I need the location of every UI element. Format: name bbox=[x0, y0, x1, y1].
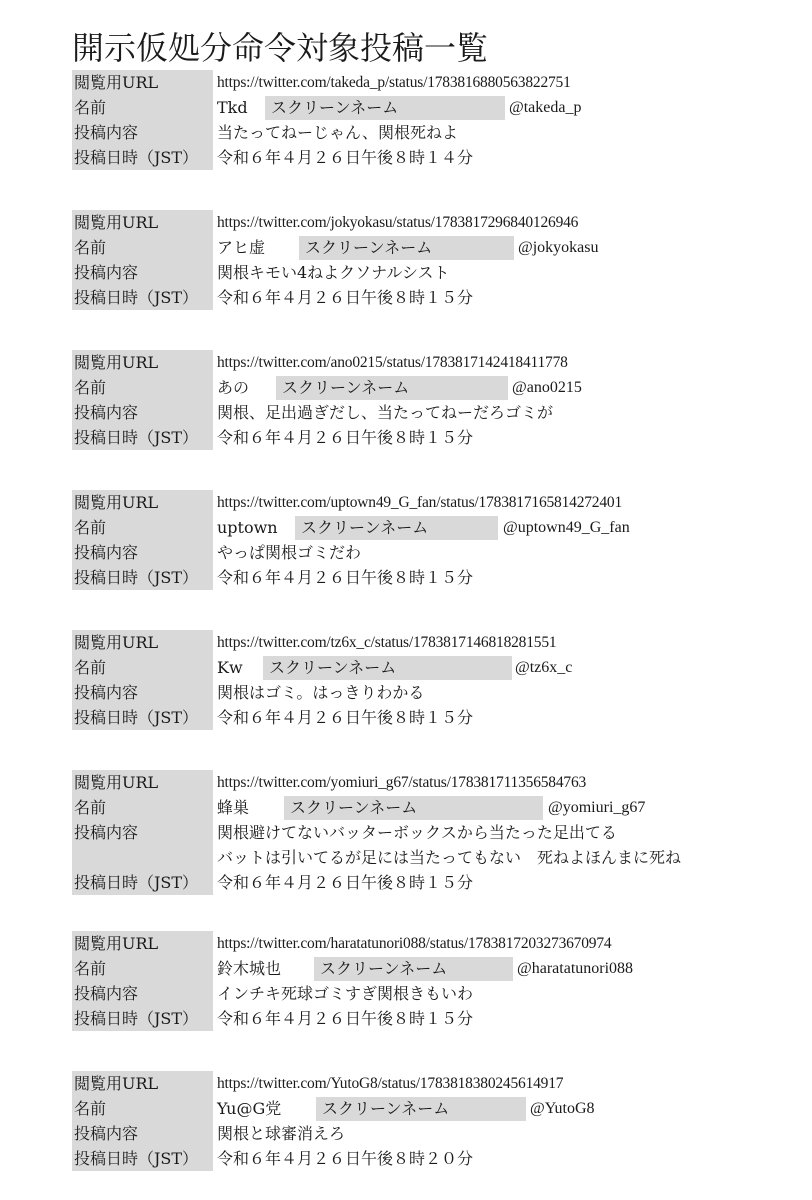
post-url[interactable]: https://twitter.com/takeda_p/status/1783… bbox=[213, 70, 772, 95]
content-row: 投稿内容 インチキ死球ゴミすぎ関根きもいわ bbox=[72, 981, 772, 1006]
display-name: 鈴木城也 bbox=[217, 956, 281, 981]
datetime-row: 投稿日時（JST） 令和６年４月２６日午後８時１５分 bbox=[72, 425, 772, 450]
post-entry: 閲覧用URL https://twitter.com/yomiuri_g67/s… bbox=[72, 770, 772, 895]
post-content-line: 関根、足出過ぎだし、当たってねーだろゴミが bbox=[217, 400, 772, 425]
url-label: 閲覧用URL bbox=[72, 210, 213, 235]
name-label: 名前 bbox=[72, 375, 213, 400]
post-entry: 閲覧用URL https://twitter.com/YutoG8/status… bbox=[72, 1071, 772, 1171]
content-label: 投稿内容 bbox=[72, 820, 213, 870]
page-title: 開示仮処分命令対象投稿一覧 bbox=[72, 28, 488, 68]
name-value: Yu@G党 スクリーンネーム @YutoG8 bbox=[213, 1096, 772, 1121]
post-entry: 閲覧用URL https://twitter.com/takeda_p/stat… bbox=[72, 70, 772, 170]
url-label: 閲覧用URL bbox=[72, 70, 213, 95]
post-datetime: 令和６年４月２６日午後８時２０分 bbox=[213, 1146, 772, 1171]
post-url[interactable]: https://twitter.com/haratatunori088/stat… bbox=[213, 931, 772, 956]
datetime-label: 投稿日時（JST） bbox=[72, 565, 213, 590]
url-label: 閲覧用URL bbox=[72, 350, 213, 375]
post-content-line: 関根と球審消えろ bbox=[217, 1121, 772, 1146]
content-label: 投稿内容 bbox=[72, 540, 213, 565]
user-handle: @YutoG8 bbox=[530, 1096, 595, 1121]
post-datetime: 令和６年４月２６日午後８時１５分 bbox=[213, 870, 772, 895]
name-value: Kw スクリーンネーム @tz6x_c bbox=[213, 655, 772, 680]
display-name: アヒ虚 bbox=[217, 235, 265, 260]
name-label: 名前 bbox=[72, 655, 213, 680]
content-row: 投稿内容 関根はゴミ。はっきりわかる bbox=[72, 680, 772, 705]
name-value: uptown スクリーンネーム @uptown49_G_fan bbox=[213, 515, 772, 540]
name-row: 名前 uptown スクリーンネーム @uptown49_G_fan bbox=[72, 515, 772, 540]
display-name: Kw bbox=[217, 655, 243, 680]
user-handle: @haratatunori088 bbox=[517, 956, 633, 981]
post-url[interactable]: https://twitter.com/tz6x_c/status/178381… bbox=[213, 630, 772, 655]
content-label: 投稿内容 bbox=[72, 120, 213, 145]
url-label: 閲覧用URL bbox=[72, 630, 213, 655]
post-datetime: 令和６年４月２６日午後８時１５分 bbox=[213, 285, 772, 310]
name-value: Tkd スクリーンネーム @takeda_p bbox=[213, 95, 772, 120]
post-content-line: 当たってねーじゃん、関根死ねよ bbox=[217, 120, 772, 145]
post-datetime: 令和６年４月２６日午後８時１４分 bbox=[213, 145, 772, 170]
post-url[interactable]: https://twitter.com/YutoG8/status/178381… bbox=[213, 1071, 772, 1096]
datetime-label: 投稿日時（JST） bbox=[72, 285, 213, 310]
name-label: 名前 bbox=[72, 515, 213, 540]
post-url[interactable]: https://twitter.com/ano0215/status/17838… bbox=[213, 350, 772, 375]
post-content-line: 関根はゴミ。はっきりわかる bbox=[217, 680, 772, 705]
name-row: 名前 アヒ虚 スクリーンネーム @jokyokasu bbox=[72, 235, 772, 260]
url-row: 閲覧用URL https://twitter.com/uptown49_G_fa… bbox=[72, 490, 772, 515]
post-content: 当たってねーじゃん、関根死ねよ bbox=[213, 120, 772, 145]
name-row: 名前 Yu@G党 スクリーンネーム @YutoG8 bbox=[72, 1096, 772, 1121]
redacted-screen-name: スクリーンネーム bbox=[284, 796, 543, 820]
url-row: 閲覧用URL https://twitter.com/yomiuri_g67/s… bbox=[72, 770, 772, 795]
redacted-screen-name: スクリーンネーム bbox=[295, 516, 498, 540]
datetime-row: 投稿日時（JST） 令和６年４月２６日午後８時１５分 bbox=[72, 705, 772, 730]
post-entry: 閲覧用URL https://twitter.com/uptown49_G_fa… bbox=[72, 490, 772, 590]
name-label: 名前 bbox=[72, 795, 213, 820]
redacted-screen-name: スクリーンネーム bbox=[276, 376, 508, 400]
post-content: 関根と球審消えろ bbox=[213, 1121, 772, 1146]
post-content-line: やっぱ関根ゴミだわ bbox=[217, 540, 772, 565]
display-name: Yu@G党 bbox=[217, 1096, 281, 1121]
content-label: 投稿内容 bbox=[72, 680, 213, 705]
name-label: 名前 bbox=[72, 95, 213, 120]
post-datetime: 令和６年４月２６日午後８時１５分 bbox=[213, 425, 772, 450]
datetime-label: 投稿日時（JST） bbox=[72, 870, 213, 895]
url-label: 閲覧用URL bbox=[72, 931, 213, 956]
content-row: 投稿内容 関根、足出過ぎだし、当たってねーだろゴミが bbox=[72, 400, 772, 425]
post-url[interactable]: https://twitter.com/uptown49_G_fan/statu… bbox=[213, 490, 772, 515]
redacted-screen-name: スクリーンネーム bbox=[299, 236, 514, 260]
post-content-line: バットは引いてるが足には当たってもない 死ねよほんまに死ね bbox=[217, 845, 772, 870]
display-name: あの bbox=[217, 375, 249, 400]
name-label: 名前 bbox=[72, 1096, 213, 1121]
name-row: 名前 鈴木城也 スクリーンネーム @haratatunori088 bbox=[72, 956, 772, 981]
redacted-screen-name: スクリーンネーム bbox=[265, 96, 505, 120]
name-row: 名前 Tkd スクリーンネーム @takeda_p bbox=[72, 95, 772, 120]
content-label: 投稿内容 bbox=[72, 260, 213, 285]
content-row: 投稿内容 関根避けてないバッターボックスから当たった足出てる バットは引いてるが… bbox=[72, 820, 772, 870]
user-handle: @yomiuri_g67 bbox=[548, 795, 645, 820]
datetime-label: 投稿日時（JST） bbox=[72, 705, 213, 730]
url-label: 閲覧用URL bbox=[72, 1071, 213, 1096]
datetime-row: 投稿日時（JST） 令和６年４月２６日午後８時１５分 bbox=[72, 285, 772, 310]
post-content: 関根キモい4ねよクソナルシスト bbox=[213, 260, 772, 285]
content-row: 投稿内容 関根と球審消えろ bbox=[72, 1121, 772, 1146]
user-handle: @uptown49_G_fan bbox=[503, 515, 630, 540]
datetime-row: 投稿日時（JST） 令和６年４月２６日午後８時１５分 bbox=[72, 565, 772, 590]
datetime-label: 投稿日時（JST） bbox=[72, 425, 213, 450]
post-entry: 閲覧用URL https://twitter.com/haratatunori0… bbox=[72, 931, 772, 1031]
url-row: 閲覧用URL https://twitter.com/jokyokasu/sta… bbox=[72, 210, 772, 235]
content-label: 投稿内容 bbox=[72, 1121, 213, 1146]
display-name: Tkd bbox=[217, 95, 248, 120]
post-url[interactable]: https://twitter.com/yomiuri_g67/status/1… bbox=[213, 770, 772, 795]
datetime-label: 投稿日時（JST） bbox=[72, 1006, 213, 1031]
content-row: 投稿内容 関根キモい4ねよクソナルシスト bbox=[72, 260, 772, 285]
post-content-line: 関根避けてないバッターボックスから当たった足出てる bbox=[217, 820, 772, 845]
url-label: 閲覧用URL bbox=[72, 770, 213, 795]
datetime-label: 投稿日時（JST） bbox=[72, 1146, 213, 1171]
datetime-row: 投稿日時（JST） 令和６年４月２６日午後８時１４分 bbox=[72, 145, 772, 170]
datetime-row: 投稿日時（JST） 令和６年４月２６日午後８時２０分 bbox=[72, 1146, 772, 1171]
name-value: 蜂巣 スクリーンネーム @yomiuri_g67 bbox=[213, 795, 772, 820]
display-name: 蜂巣 bbox=[217, 795, 249, 820]
content-label: 投稿内容 bbox=[72, 400, 213, 425]
name-label: 名前 bbox=[72, 956, 213, 981]
post-url[interactable]: https://twitter.com/jokyokasu/status/178… bbox=[213, 210, 772, 235]
post-content: 関根、足出過ぎだし、当たってねーだろゴミが bbox=[213, 400, 772, 425]
post-content: 関根はゴミ。はっきりわかる bbox=[213, 680, 772, 705]
post-content: やっぱ関根ゴミだわ bbox=[213, 540, 772, 565]
url-row: 閲覧用URL https://twitter.com/tz6x_c/status… bbox=[72, 630, 772, 655]
redacted-screen-name: スクリーンネーム bbox=[263, 656, 512, 680]
datetime-label: 投稿日時（JST） bbox=[72, 145, 213, 170]
name-row: 名前 蜂巣 スクリーンネーム @yomiuri_g67 bbox=[72, 795, 772, 820]
post-entry: 閲覧用URL https://twitter.com/ano0215/statu… bbox=[72, 350, 772, 450]
name-value: あの スクリーンネーム @ano0215 bbox=[213, 375, 772, 400]
display-name: uptown bbox=[217, 515, 278, 540]
post-content: 関根避けてないバッターボックスから当たった足出てる バットは引いてるが足には当た… bbox=[213, 820, 772, 870]
url-row: 閲覧用URL https://twitter.com/haratatunori0… bbox=[72, 931, 772, 956]
user-handle: @takeda_p bbox=[509, 95, 581, 120]
post-content-line: 関根キモい4ねよクソナルシスト bbox=[217, 260, 772, 285]
user-handle: @jokyokasu bbox=[518, 235, 599, 260]
post-datetime: 令和６年４月２６日午後８時１５分 bbox=[213, 705, 772, 730]
content-label: 投稿内容 bbox=[72, 981, 213, 1006]
post-datetime: 令和６年４月２６日午後８時１５分 bbox=[213, 1006, 772, 1031]
name-value: 鈴木城也 スクリーンネーム @haratatunori088 bbox=[213, 956, 772, 981]
url-row: 閲覧用URL https://twitter.com/takeda_p/stat… bbox=[72, 70, 772, 95]
content-row: 投稿内容 やっぱ関根ゴミだわ bbox=[72, 540, 772, 565]
post-content: インチキ死球ゴミすぎ関根きもいわ bbox=[213, 981, 772, 1006]
url-row: 閲覧用URL https://twitter.com/ano0215/statu… bbox=[72, 350, 772, 375]
url-row: 閲覧用URL https://twitter.com/YutoG8/status… bbox=[72, 1071, 772, 1096]
post-entry: 閲覧用URL https://twitter.com/tz6x_c/status… bbox=[72, 630, 772, 730]
redacted-screen-name: スクリーンネーム bbox=[314, 957, 513, 981]
url-label: 閲覧用URL bbox=[72, 490, 213, 515]
post-content-line: インチキ死球ゴミすぎ関根きもいわ bbox=[217, 981, 772, 1006]
datetime-row: 投稿日時（JST） 令和６年４月２６日午後８時１５分 bbox=[72, 870, 772, 895]
datetime-row: 投稿日時（JST） 令和６年４月２６日午後８時１５分 bbox=[72, 1006, 772, 1031]
redacted-screen-name: スクリーンネーム bbox=[316, 1097, 526, 1121]
name-row: 名前 あの スクリーンネーム @ano0215 bbox=[72, 375, 772, 400]
name-value: アヒ虚 スクリーンネーム @jokyokasu bbox=[213, 235, 772, 260]
name-row: 名前 Kw スクリーンネーム @tz6x_c bbox=[72, 655, 772, 680]
post-datetime: 令和６年４月２６日午後８時１５分 bbox=[213, 565, 772, 590]
user-handle: @tz6x_c bbox=[515, 655, 572, 680]
content-row: 投稿内容 当たってねーじゃん、関根死ねよ bbox=[72, 120, 772, 145]
post-entry: 閲覧用URL https://twitter.com/jokyokasu/sta… bbox=[72, 210, 772, 310]
user-handle: @ano0215 bbox=[512, 375, 582, 400]
name-label: 名前 bbox=[72, 235, 213, 260]
